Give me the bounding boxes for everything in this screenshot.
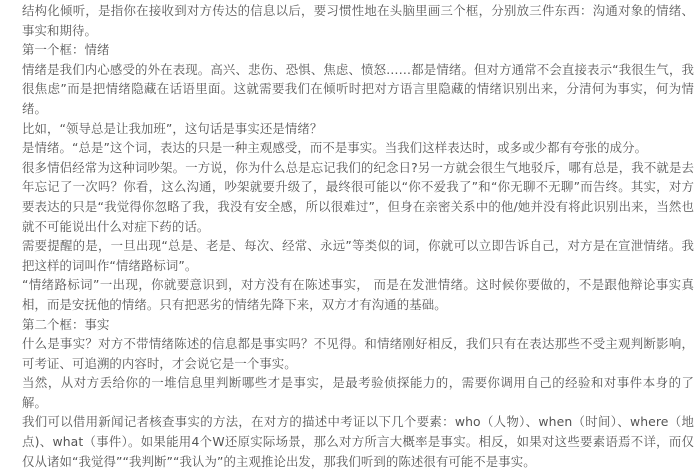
paragraph: 很多情侣经常为这种词吵架。一方说，你为什么总是忘记我们的纪念日?另一方就会很生气… (22, 158, 694, 236)
paragraph: 需要提醒的是，一旦出现“总是、老是、每次、经常、永远”等类似的词，你就可以立即告… (22, 236, 694, 275)
article-body: 结构化倾听，是指你在接收到对方传达的信息以后，要习惯性地在头脑里画三个框，分别放… (22, 1, 694, 400)
intro-paragraph: 结构化倾听，是指你在接收到对方传达的信息以后，要习惯性地在头脑里画三个框，分别放… (22, 1, 694, 40)
paragraph: 比如，“领导总是让我加班”，这句话是事实还是情绪？ (22, 119, 694, 139)
paragraph: 当然，从对方丢给你的一堆信息里判断哪些才是事实，是最考验侦探能力的，需要你调用自… (22, 373, 694, 400)
section-heading-fact: 第二个框：事实 (22, 315, 694, 335)
section-heading-emotion: 第一个框：情绪 (22, 40, 694, 60)
paragraph: 什么是事实？对方不带情绪陈述的信息都是事实吗？不见得。和情绪刚好相反，我们只有在… (22, 334, 694, 373)
paragraph: 情绪是我们内心感受的外在表现。高兴、悲伤、恐惧、焦虑、愤怒……都是情绪。但对方通… (22, 60, 694, 119)
paragraph: 是情绪。“总是”这个词，表达的只是一种主观感受，而不是事实。当我们这样表达时，或… (22, 138, 694, 158)
paragraph: “情绪路标词”一出现，你就要意识到，对方没有在陈述事实， 而是在发泄情绪。这时候… (22, 275, 694, 314)
